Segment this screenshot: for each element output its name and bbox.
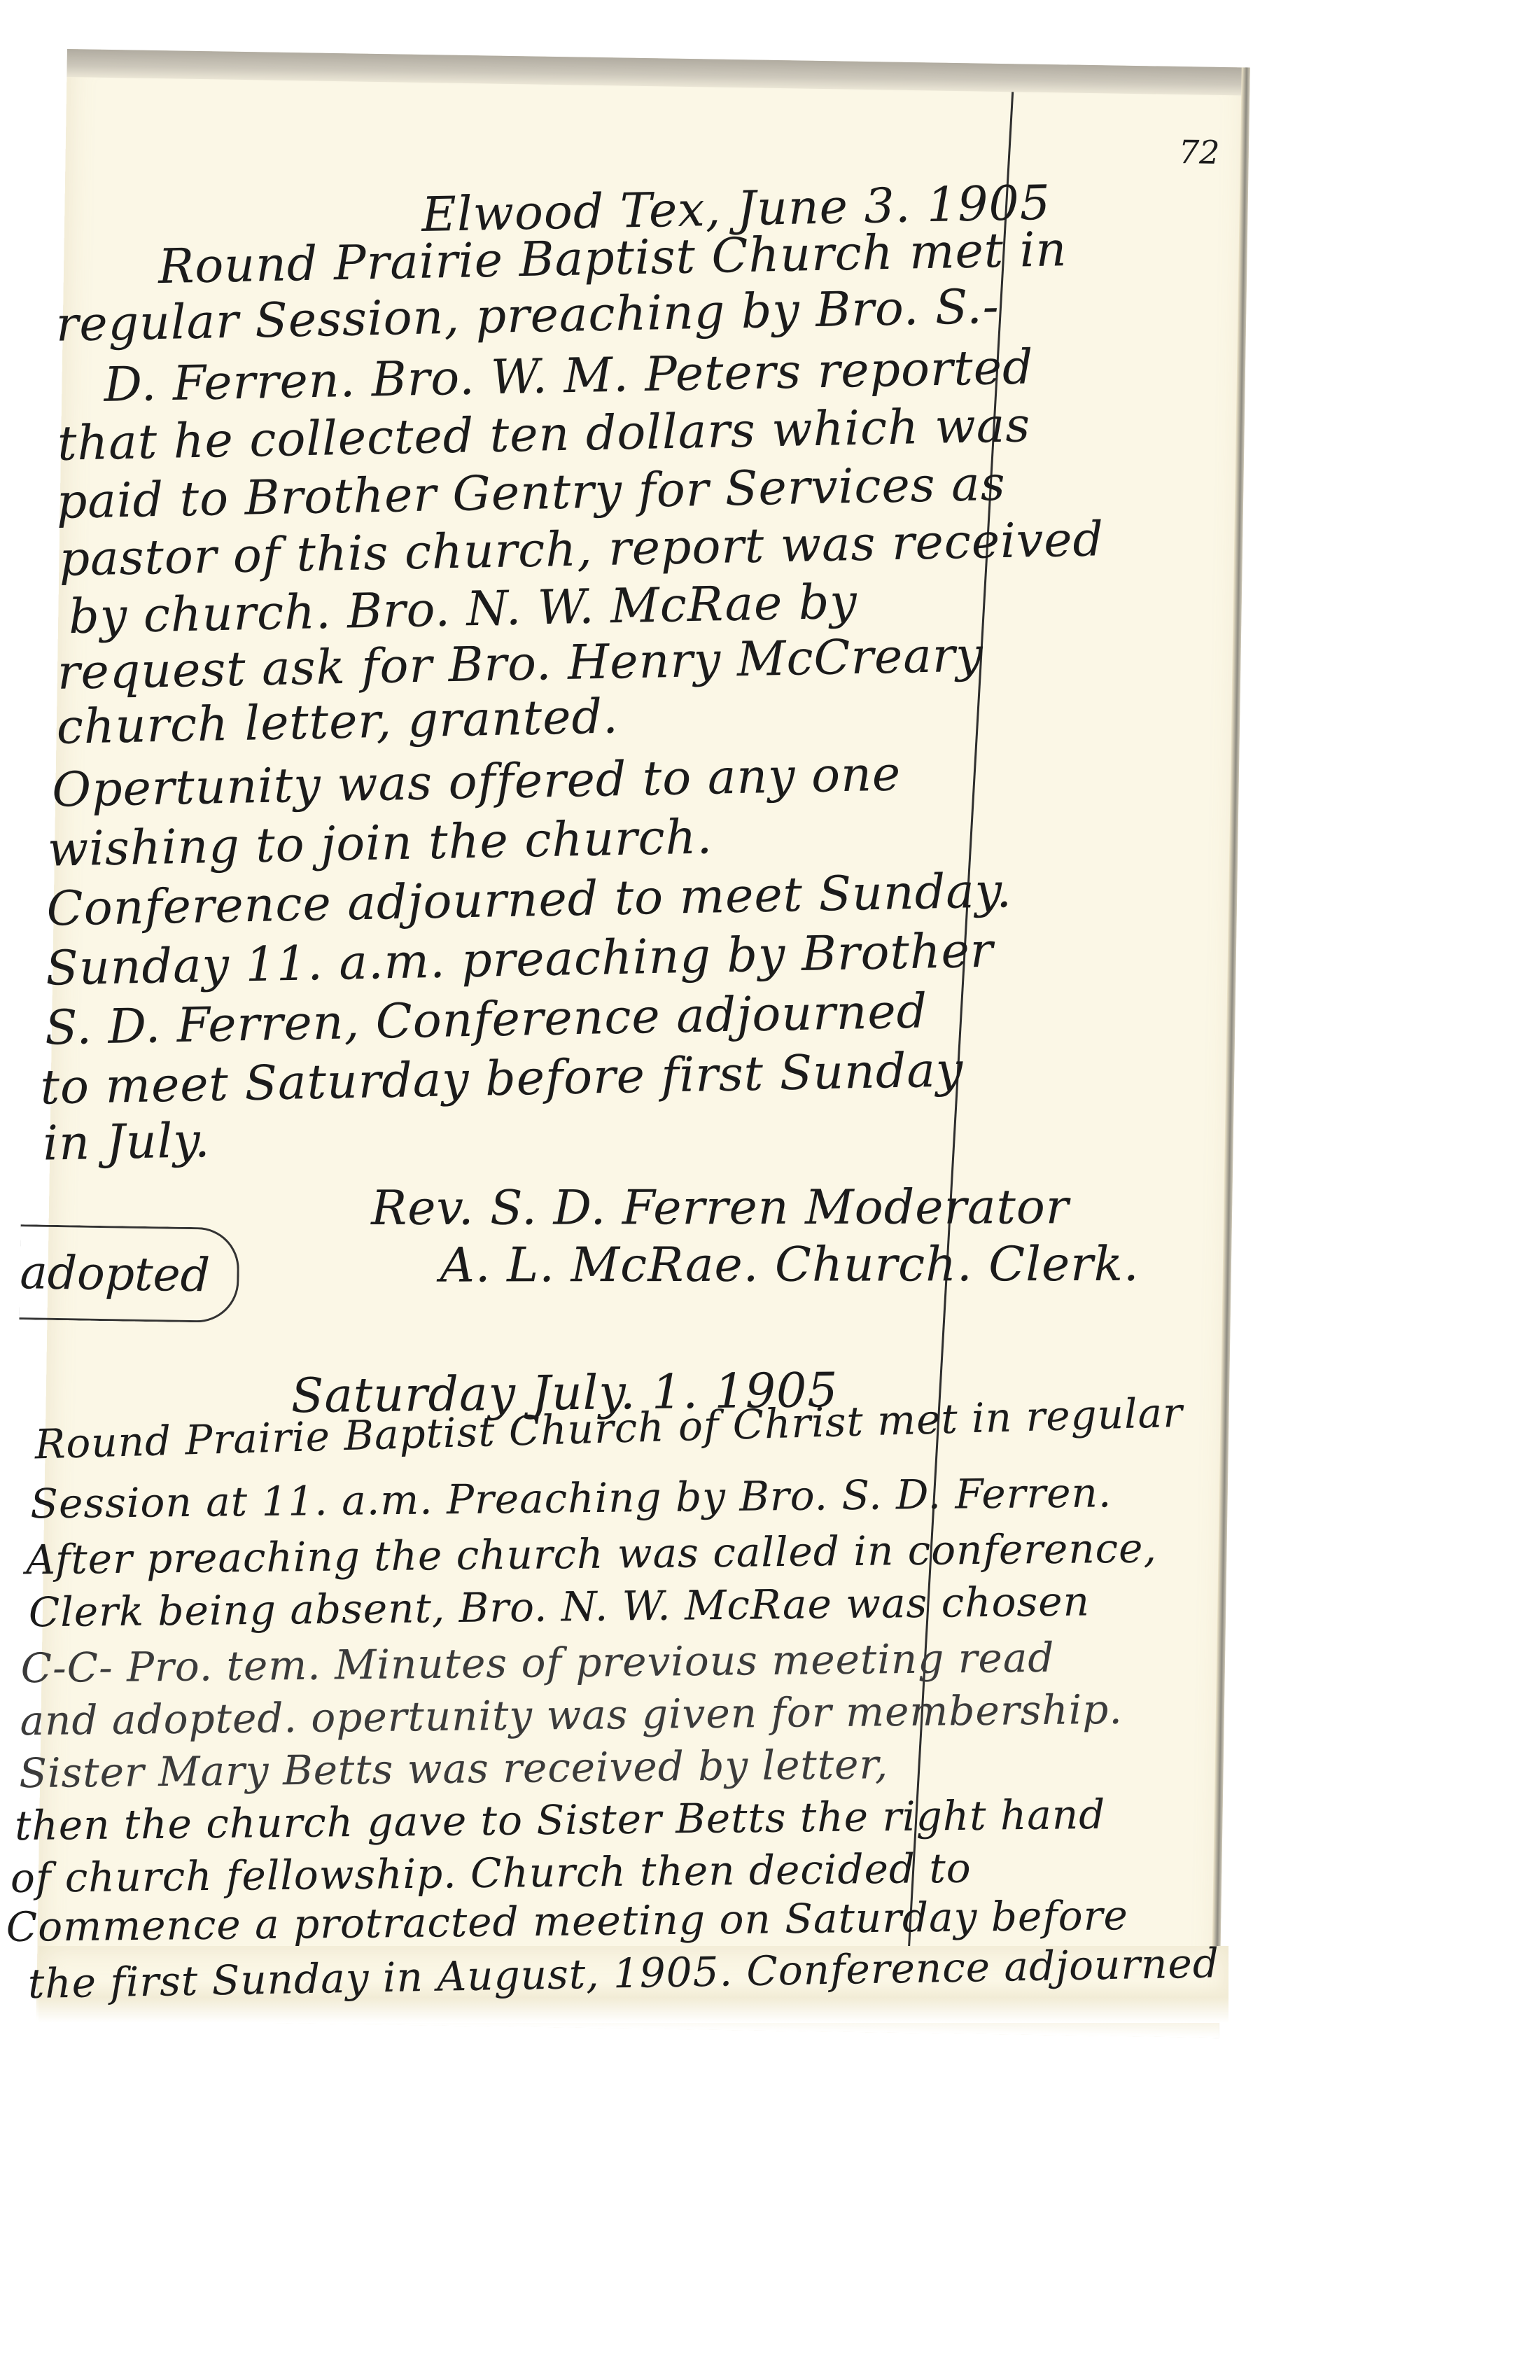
entry2-line: Clerk being absent, Bro. N. W. McRae was…	[29, 1578, 1091, 1637]
entry2-line: Commence a protracted meeting on Saturda…	[6, 1891, 1128, 1951]
entry2-line: Session at 11. a.m. Preaching by Bro. S.…	[30, 1469, 1112, 1527]
entry2-line: and adopted. opertunity was given for me…	[20, 1686, 1123, 1744]
entry1-clerk-signature: A. L. McRae. Church. Clerk.	[440, 1237, 1140, 1294]
page-top-shadow	[66, 49, 1249, 96]
entry1-line: wishing to join the church.	[47, 809, 713, 877]
entry2-line: Sister Mary Betts was received by letter…	[19, 1740, 889, 1797]
ledger-page: 72 Elwood Tex, June 3. 1905 Round Prairi…	[36, 49, 1250, 2038]
entry2-line: then the church gave to Sister Betts the…	[15, 1791, 1106, 1849]
entry2-line: After preaching the church was called in…	[26, 1524, 1157, 1583]
page-right-edge	[1211, 67, 1250, 2038]
entry1-moderator-signature: Rev. S. D. Ferren Moderator	[371, 1179, 1069, 1236]
page-number: 72	[1178, 133, 1219, 171]
entry1-line: in July.	[43, 1113, 211, 1172]
entry2-line: of church fellowship. Church then decide…	[10, 1844, 972, 1902]
entry1-adopted-bracket	[19, 1224, 239, 1323]
entry2-line: C-C- Pro. tem. Minutes of previous meeti…	[20, 1634, 1055, 1692]
entry1-line: Opertunity was offered to any one	[52, 747, 902, 818]
entry1-line: church letter, granted.	[56, 689, 619, 755]
